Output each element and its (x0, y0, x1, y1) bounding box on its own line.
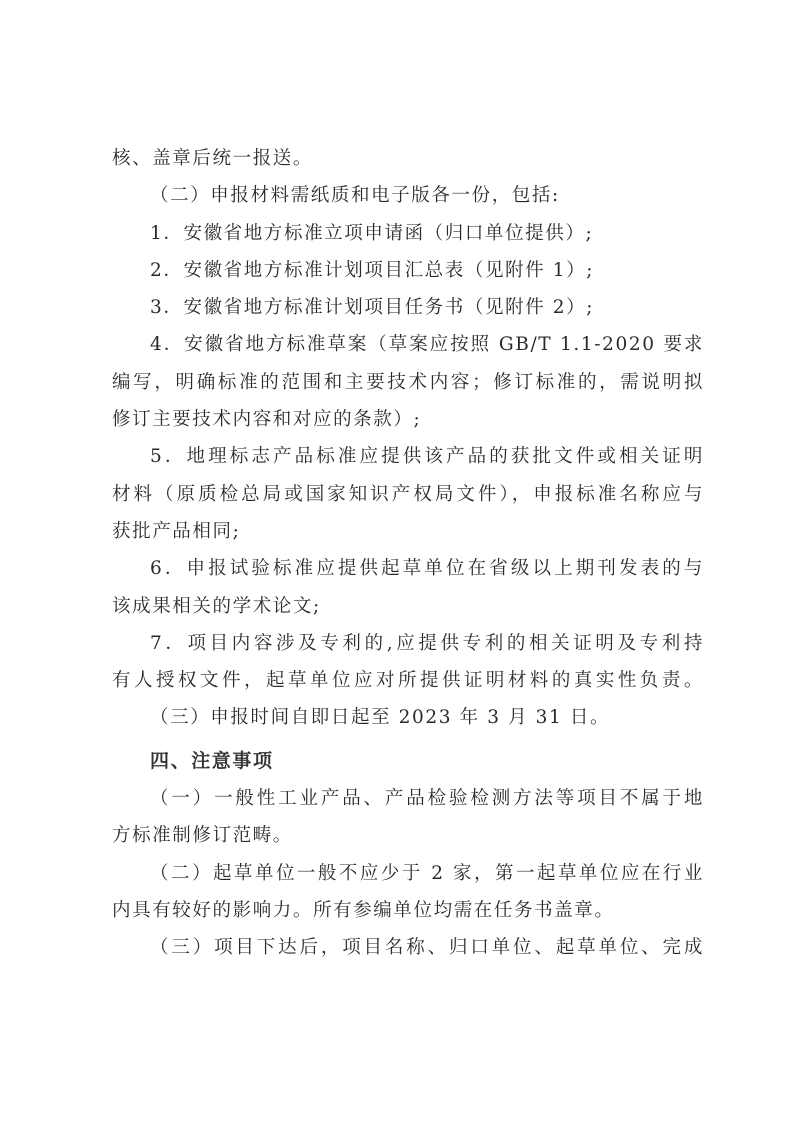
text-line: （二）申报材料需纸质和电子版各一份，包括: (112, 177, 704, 214)
list-item: 2．安徽省地方标准计划项目汇总表（见附件 1）; (112, 252, 704, 289)
text-line: （一）一般性工业产品、产品检验检测方法等项目不属于地 (112, 780, 704, 817)
text-line: 修订主要技术内容和对应的条款）; (112, 401, 704, 438)
list-item: 5．地理标志产品标准应提供该产品的获批文件或相关证明 (112, 438, 704, 475)
text-line: 方标准制修订范畴。 (112, 817, 704, 854)
text-line: （三）申报时间自即日起至 2023 年 3 月 31 日。 (112, 699, 704, 736)
list-item: 1．安徽省地方标准立项申请函（归口单位提供）; (112, 215, 704, 252)
list-item: 3．安徽省地方标准计划项目任务书（见附件 2）; (112, 289, 704, 326)
list-item: 6．申报试验标准应提供起草单位在省级以上期刊发表的与 (112, 550, 704, 587)
text-line: 编写，明确标准的范围和主要技术内容；修订标准的，需说明拟 (112, 364, 704, 401)
list-item: 4．安徽省地方标准草案（草案应按照 GB/T 1.1-2020 要求 (112, 326, 704, 363)
text-line: 有人授权文件，起草单位应对所提供证明材料的真实性负责。 (112, 662, 704, 699)
list-item: 7．项目内容涉及专利的,应提供专利的相关证明及专利持 (112, 625, 704, 662)
text-line: 材料（原质检总局或国家知识产权局文件），申报标准名称应与 (112, 476, 704, 513)
text-line: 获批产品相同; (112, 513, 704, 550)
document-page: 核、盖章后统一报送。 （二）申报材料需纸质和电子版各一份，包括: 1．安徽省地方… (112, 140, 704, 967)
text-line: 该成果相关的学术论文; (112, 588, 704, 625)
text-line: （三）项目下达后，项目名称、归口单位、起草单位、完成 (112, 929, 704, 966)
text-line: 内具有较好的影响力。所有参编单位均需在任务书盖章。 (112, 892, 704, 929)
text-line: 核、盖章后统一报送。 (112, 140, 704, 177)
section-heading: 四、注意事项 (112, 743, 704, 780)
text-line: （二）起草单位一般不应少于 2 家，第一起草单位应在行业 (112, 855, 704, 892)
